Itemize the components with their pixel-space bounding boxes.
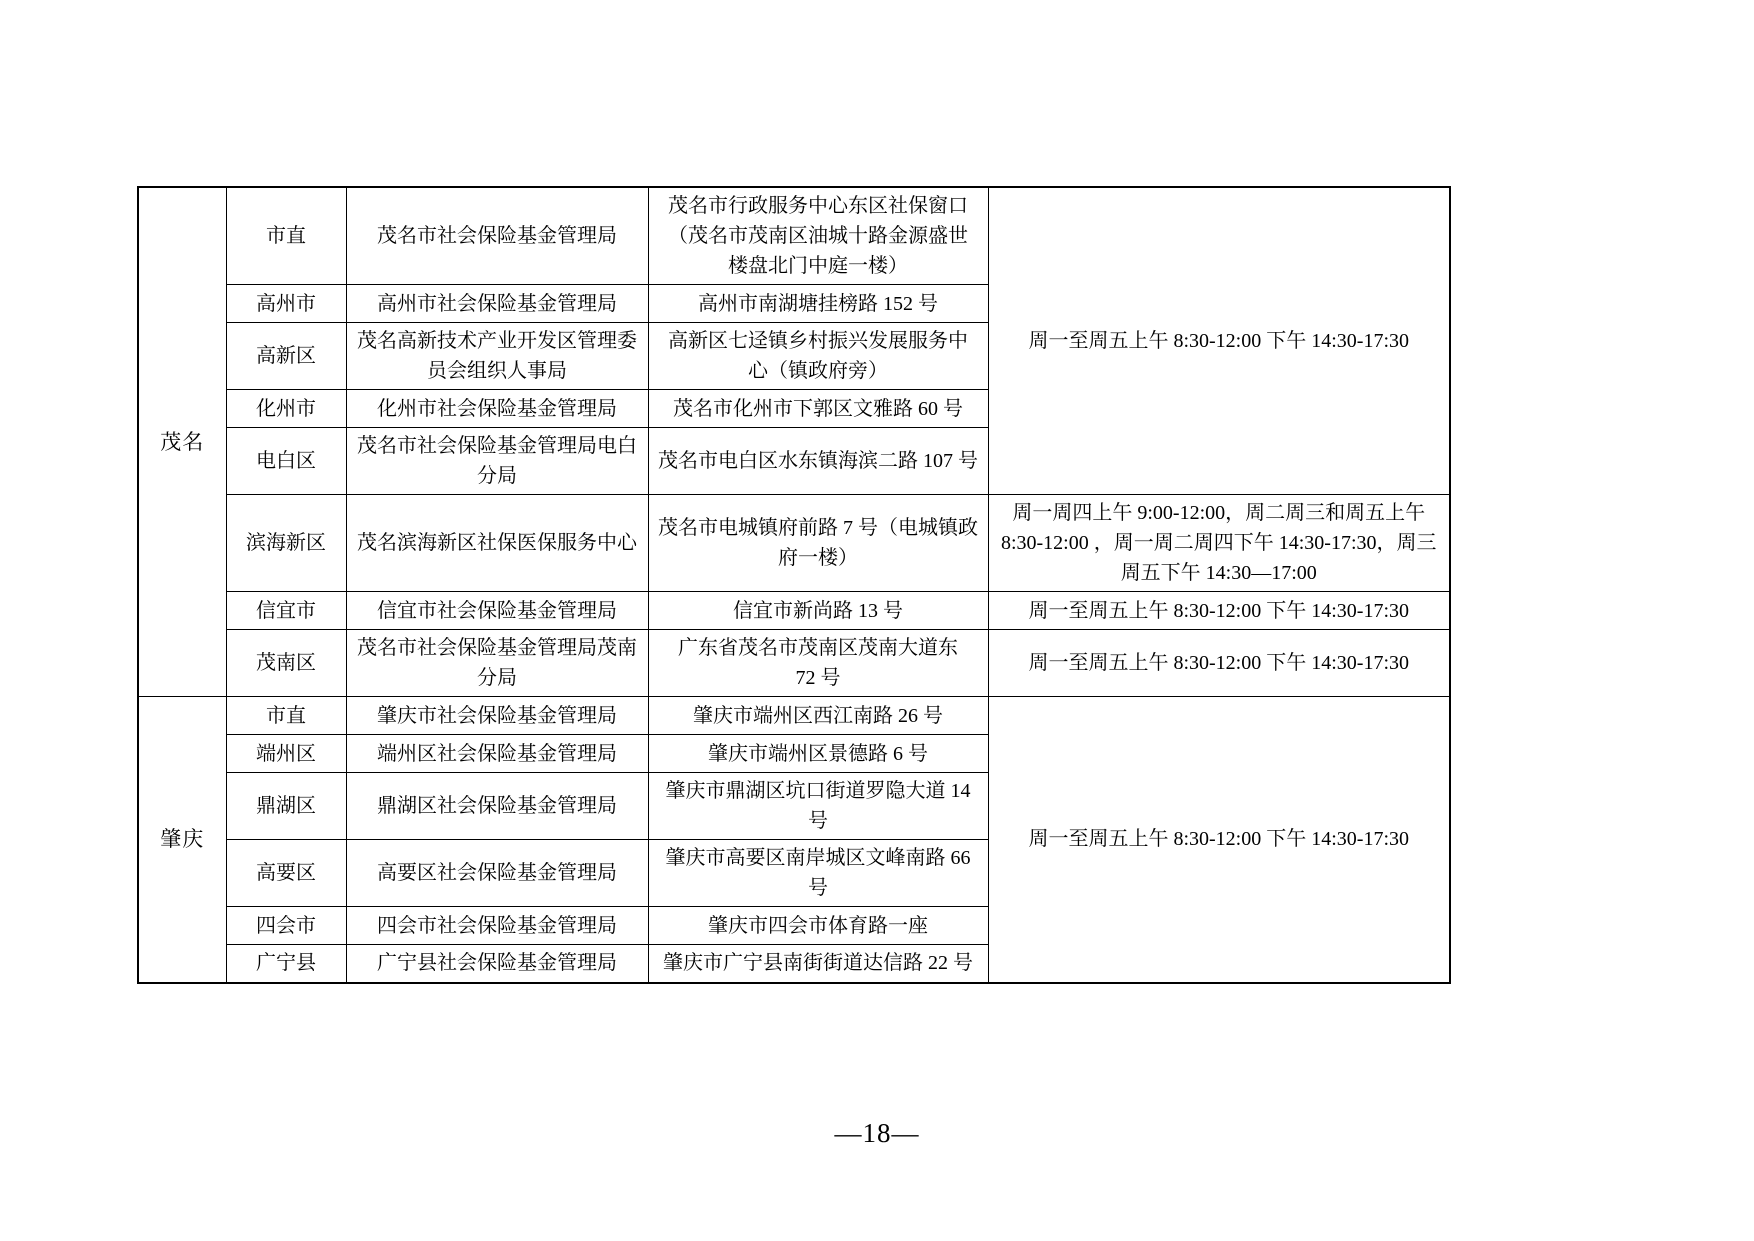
office-table: 茂名市直茂名市社会保险基金管理局茂名市行政服务中心东区社保窗口 （茂名市茂南区油… — [137, 186, 1451, 984]
address-cell: 高州市南湖塘挂榜路 152 号 — [648, 285, 988, 323]
address-cell: 肇庆市高要区南岸城区文峰南路 66 号 — [648, 840, 988, 907]
institution-cell: 肇庆市社会保险基金管理局 — [346, 697, 648, 735]
schedule-cell: 周一至周五上午 8:30-12:00 下午 14:30-17:30 — [988, 592, 1450, 630]
institution-cell: 端州区社会保险基金管理局 — [346, 735, 648, 773]
table-row: 茂名市直茂名市社会保险基金管理局茂名市行政服务中心东区社保窗口 （茂名市茂南区油… — [138, 187, 1450, 285]
institution-cell: 鼎湖区社会保险基金管理局 — [346, 773, 648, 840]
office-table-body: 茂名市直茂名市社会保险基金管理局茂名市行政服务中心东区社保窗口 （茂名市茂南区油… — [138, 187, 1450, 983]
district-cell: 电白区 — [226, 428, 346, 495]
district-cell: 信宜市 — [226, 592, 346, 630]
table-row: 滨海新区茂名滨海新区社保医保服务中心茂名市电城镇府前路 7 号（电城镇政 府一楼… — [138, 495, 1450, 592]
district-cell: 市直 — [226, 697, 346, 735]
table-row: 信宜市信宜市社会保险基金管理局信宜市新尚路 13 号周一至周五上午 8:30-1… — [138, 592, 1450, 630]
address-cell: 茂名市电城镇府前路 7 号（电城镇政 府一楼） — [648, 495, 988, 592]
address-cell: 信宜市新尚路 13 号 — [648, 592, 988, 630]
address-cell: 茂名市化州市下郭区文雅路 60 号 — [648, 390, 988, 428]
address-cell: 肇庆市端州区西江南路 26 号 — [648, 697, 988, 735]
institution-cell: 信宜市社会保险基金管理局 — [346, 592, 648, 630]
institution-cell: 化州市社会保险基金管理局 — [346, 390, 648, 428]
city-cell: 肇庆 — [138, 697, 226, 983]
district-cell: 滨海新区 — [226, 495, 346, 592]
table-row: 茂南区茂名市社会保险基金管理局茂南 分局广东省茂名市茂南区茂南大道东 72 号周… — [138, 630, 1450, 697]
institution-cell: 茂名市社会保险基金管理局电白 分局 — [346, 428, 648, 495]
institution-cell: 高要区社会保险基金管理局 — [346, 840, 648, 907]
institution-cell: 高州市社会保险基金管理局 — [346, 285, 648, 323]
address-cell: 广东省茂名市茂南区茂南大道东 72 号 — [648, 630, 988, 697]
district-cell: 高州市 — [226, 285, 346, 323]
institution-cell: 茂名市社会保险基金管理局茂南 分局 — [346, 630, 648, 697]
address-cell: 肇庆市端州区景德路 6 号 — [648, 735, 988, 773]
schedule-cell: 周一周四上午 9:00-12:00，周二周三和周五上午 8:30-12:00 ，… — [988, 495, 1450, 592]
address-cell: 茂名市电白区水东镇海滨二路 107 号 — [648, 428, 988, 495]
district-cell: 端州区 — [226, 735, 346, 773]
district-cell: 市直 — [226, 187, 346, 285]
schedule-cell: 周一至周五上午 8:30-12:00 下午 14:30-17:30 — [988, 697, 1450, 983]
district-cell: 高要区 — [226, 840, 346, 907]
district-cell: 高新区 — [226, 323, 346, 390]
institution-cell: 茂名市社会保险基金管理局 — [346, 187, 648, 285]
institution-cell: 四会市社会保险基金管理局 — [346, 907, 648, 945]
city-cell: 茂名 — [138, 187, 226, 697]
institution-cell: 茂名滨海新区社保医保服务中心 — [346, 495, 648, 592]
district-cell: 茂南区 — [226, 630, 346, 697]
address-cell: 肇庆市广宁县南街街道达信路 22 号 — [648, 945, 988, 983]
address-cell: 肇庆市鼎湖区坑口街道罗隐大道 14 号 — [648, 773, 988, 840]
district-cell: 广宁县 — [226, 945, 346, 983]
address-cell: 肇庆市四会市体育路一座 — [648, 907, 988, 945]
address-cell: 茂名市行政服务中心东区社保窗口 （茂名市茂南区油城十路金源盛世 楼盘北门中庭一楼… — [648, 187, 988, 285]
district-cell: 四会市 — [226, 907, 346, 945]
schedule-cell: 周一至周五上午 8:30-12:00 下午 14:30-17:30 — [988, 187, 1450, 495]
schedule-cell: 周一至周五上午 8:30-12:00 下午 14:30-17:30 — [988, 630, 1450, 697]
district-cell: 鼎湖区 — [226, 773, 346, 840]
institution-cell: 广宁县社会保险基金管理局 — [346, 945, 648, 983]
page-number: —18— — [0, 1118, 1754, 1149]
institution-cell: 茂名高新技术产业开发区管理委 员会组织人事局 — [346, 323, 648, 390]
district-cell: 化州市 — [226, 390, 346, 428]
address-cell: 高新区七迳镇乡村振兴发展服务中 心（镇政府旁） — [648, 323, 988, 390]
table-row: 肇庆市直肇庆市社会保险基金管理局肇庆市端州区西江南路 26 号周一至周五上午 8… — [138, 697, 1450, 735]
